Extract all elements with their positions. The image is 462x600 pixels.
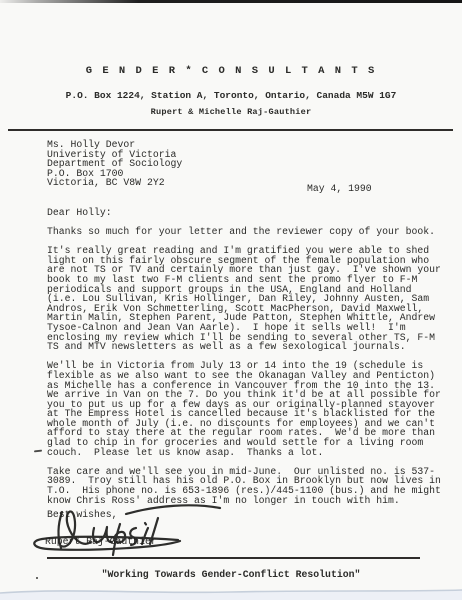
recipient-address-block: Ms. Holly Devor Univeristy of Victoria D… <box>47 140 182 188</box>
org-name: G E N D E R * C O N S U L T A N T S <box>0 66 462 77</box>
paragraph-2: It's really great reading and I'm gratif… <box>47 246 451 352</box>
letter-body: Thanks so much for your letter and the r… <box>47 227 451 515</box>
paragraph-3: We'll be in Victoria from July 13 or 14 … <box>47 361 451 457</box>
stray-dash-mark <box>34 450 42 453</box>
letter-date: May 4, 1990 <box>307 184 372 194</box>
footer-motto: "Working Towards Gender-Conflict Resolut… <box>0 569 462 580</box>
salutation: Dear Holly: <box>47 208 112 218</box>
letterhead-address: P.O. Box 1224, Station A, Toronto, Ontar… <box>0 91 462 101</box>
top-scan-edge <box>0 0 462 3</box>
paragraph-1: Thanks so much for your letter and the r… <box>47 227 451 237</box>
letterhead-contacts: Rupert & Michelle Raj-Gauthier <box>0 108 462 117</box>
letterhead-rule <box>8 129 453 131</box>
footer-rule <box>47 557 420 559</box>
handwritten-signature-icon <box>28 498 228 558</box>
scanned-letter-page: G E N D E R * C O N S U L T A N T S P.O.… <box>0 0 462 600</box>
bottom-scan-band <box>0 585 462 600</box>
